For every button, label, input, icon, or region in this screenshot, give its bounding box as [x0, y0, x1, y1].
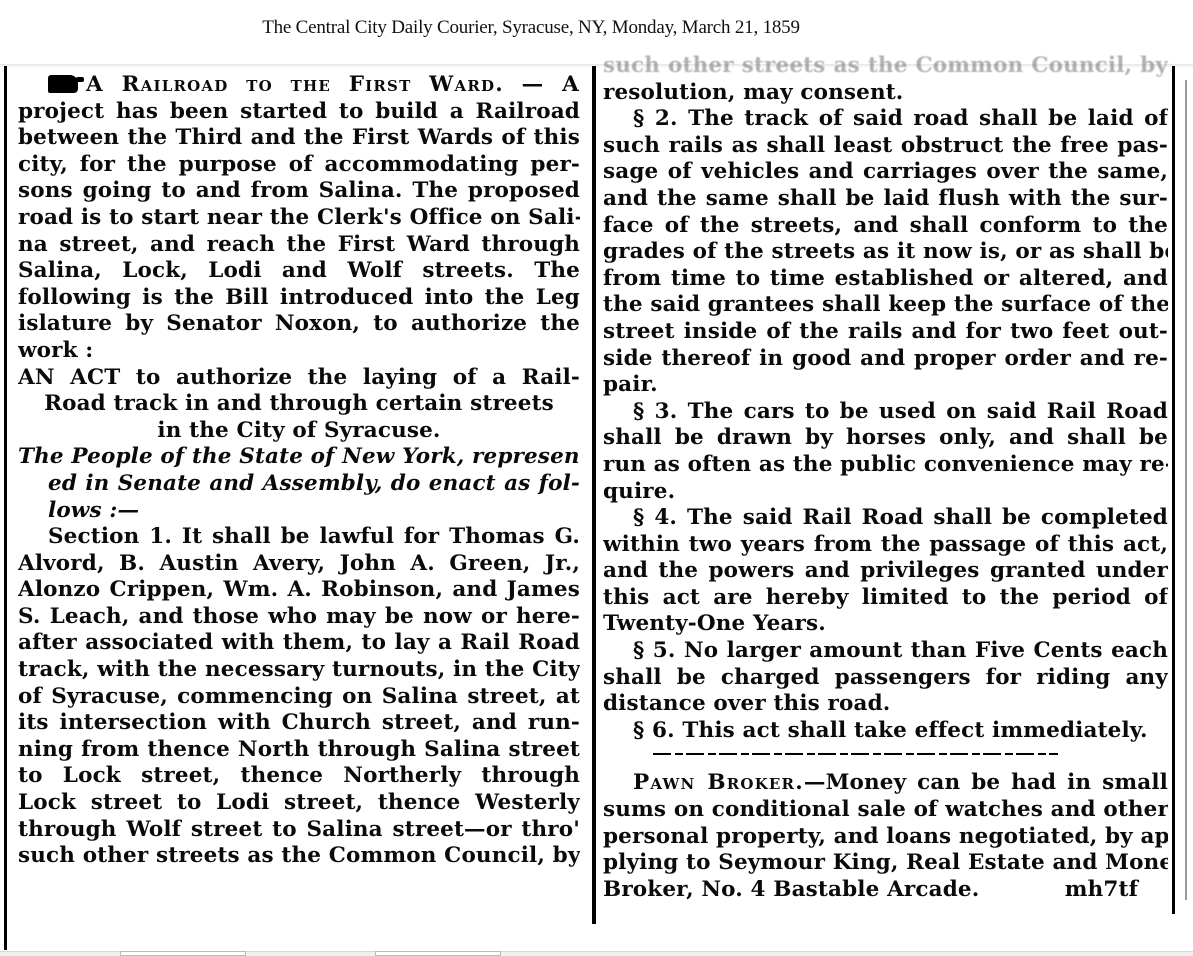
section-5-line: shall be charged passengers for riding a… [603, 665, 1168, 692]
section-2-line: sage of vehicles and carriages over the … [603, 159, 1168, 186]
pawn-broker-line: plying to Seymour King, Real Estate and … [603, 850, 1168, 877]
body-line: islature by Senator Noxon, to authorize … [18, 311, 580, 338]
section-1-line: S. Leach, and those who may be now or he… [18, 604, 580, 631]
section-1-line: Section 1. It shall be lawful for Thomas… [18, 524, 580, 551]
viewer-status-field [120, 951, 246, 956]
enacting-clause-line: lows :— [18, 498, 580, 525]
section-2-line: from time to time established or altered… [603, 266, 1168, 293]
section-1-line: of Syracuse, commencing on Salina street… [18, 684, 580, 711]
section-5-line: § 5. No larger amount than Five Cents ea… [603, 638, 1168, 665]
pointing-hand-icon [48, 75, 78, 93]
section-1-line: Lock street to Lodi street, thence Weste… [18, 790, 580, 817]
body-line: Salina, Lock, Lodi and Wolf streets. The [18, 258, 580, 285]
pawn-broker-line: personal property, and loans negotiated,… [603, 824, 1168, 851]
section-2-line: street inside of the rails and for two f… [603, 319, 1168, 346]
section-3-line: run as often as the public convenience m… [603, 452, 1168, 479]
section-3-line: quire. [603, 479, 1168, 506]
section-1-line: ning from thence North through Salina st… [18, 737, 580, 764]
section-3-line: shall be drawn by horses only, and shall… [603, 425, 1168, 452]
body-line: work : [18, 338, 580, 365]
body-line: following is the Bill introduced into th… [18, 285, 580, 312]
carryover-line-faded: such other streets as the Common Council… [603, 53, 1168, 80]
section-2-line: such rails as shall least obstruct the f… [603, 133, 1168, 160]
body-line: road is to start near the Clerk's Office… [18, 205, 580, 232]
section-2-line: pair. [603, 372, 1168, 399]
section-2-line: face of the streets, and shall conform t… [603, 213, 1168, 240]
enacting-clause-line: The People of the State of New York, rep… [18, 444, 580, 471]
viewer-status-field [375, 951, 501, 956]
pawn-broker-text: —Money can be had in small [804, 770, 1168, 795]
section-1-line: Alvord, B. Austin Avery, John A. Green, … [18, 551, 580, 578]
section-2-line: side thereof in good and proper order an… [603, 346, 1168, 373]
section-4-line: and the powers and privileges granted un… [603, 558, 1168, 585]
body-line: project has been started to build a Rail… [18, 99, 580, 126]
act-title-line: in the City of Syracuse. [18, 418, 580, 445]
left-column-article: A Railroad to the First Ward. — A projec… [18, 72, 580, 870]
section-3-line: § 3. The cars to be used on said Rail Ro… [603, 399, 1168, 426]
column-rule-left [4, 66, 7, 950]
enacting-clause-line: ed in Senate and Assembly, do enact as f… [18, 471, 580, 498]
section-1-line: to Lock street, thence Northerly through [18, 763, 580, 790]
column-rule-right [1172, 66, 1175, 914]
pawn-broker-line: Broker, No. 4 Bastable Arcade. mh7tf [603, 877, 1168, 904]
right-column-article: such other streets as the Common Council… [603, 53, 1168, 903]
section-2-line: the said grantees shall keep the surface… [603, 292, 1168, 319]
section-1-line: through Wolf street to Salina street—or … [18, 817, 580, 844]
body-line: resolution, may consent. [603, 80, 1168, 107]
column-rule-middle [592, 66, 596, 924]
body-line: sons going to and from Salina. The propo… [18, 178, 580, 205]
section-4-line: Twenty-One Years. [603, 611, 1168, 638]
body-line: na street, and reach the First Ward thro… [18, 232, 580, 259]
headline-line: A Railroad to the First Ward. — A [18, 72, 580, 99]
section-1-line: such other streets as the Common Council… [18, 843, 580, 870]
page-title: The Central City Daily Courier, Syracuse… [0, 17, 1062, 39]
section-2-line: grades of the streets as it now is, or a… [603, 239, 1168, 266]
section-1-line: its intersection with Church street, and… [18, 710, 580, 737]
article-headline: A Railroad to the First Ward. — A [86, 72, 580, 97]
body-line: between the Third and the First Wards of… [18, 125, 580, 152]
body-line: city, for the purpose of accommodating p… [18, 152, 580, 179]
ornamental-divider [603, 744, 1168, 770]
section-4-line: within two years from the passage of thi… [603, 532, 1168, 559]
section-2-line: and the same shall be laid flush with th… [603, 186, 1168, 213]
section-4-line: § 4. The said Rail Road shall be complet… [603, 505, 1168, 532]
pawn-broker-heading: Pawn Broker. [633, 770, 804, 795]
section-4-line: this act are hereby limited to the perio… [603, 585, 1168, 612]
section-2-line: § 2. The track of said road shall be lai… [603, 106, 1168, 133]
act-title-line: Road track in and through certain street… [18, 391, 580, 418]
ad-code: mh7tf [1065, 877, 1138, 904]
pawn-broker-address: Broker, No. 4 Bastable Arcade. [603, 877, 979, 902]
section-1-line: track, with the necessary turnouts, in t… [18, 657, 580, 684]
section-6-line: § 6. This act shall take effect immediat… [603, 718, 1168, 745]
act-title-line: AN ACT to authorize the laying of a Rail… [18, 365, 580, 392]
adjacent-column-edge [1185, 80, 1187, 900]
pawn-broker-line: Pawn Broker.—Money can be had in small [603, 770, 1168, 797]
section-5-line: distance over this road. [603, 691, 1168, 718]
pawn-broker-line: sums on conditional sale of watches and … [603, 797, 1168, 824]
section-1-line: after associated with them, to lay a Rai… [18, 630, 580, 657]
section-1-line: Alonzo Crippen, Wm. A. Robinson, and Jam… [18, 577, 580, 604]
